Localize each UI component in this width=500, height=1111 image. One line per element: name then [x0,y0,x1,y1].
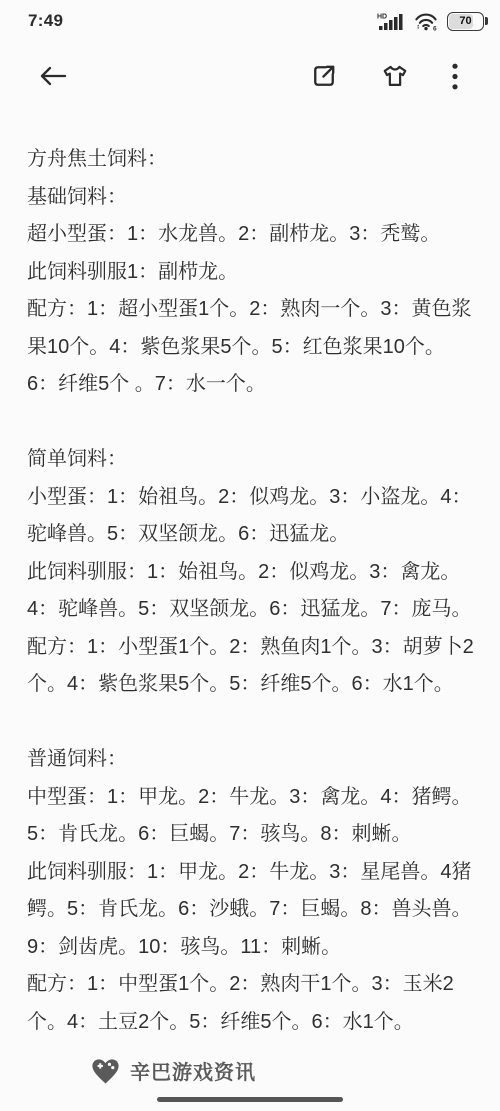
text-line: 配方：1：小型蛋1个。2：熟鱼肉1个。3：胡萝卜2 [27,629,473,667]
text-line: 简单饲料： [27,441,473,479]
menu-button[interactable] [452,63,458,90]
battery-percent: 70 [459,15,471,27]
text-line: 此饲料驯服1：副栉龙。 [27,254,473,292]
toolbar-actions [310,62,458,90]
wifi6-label: 6 [433,26,437,31]
battery-icon: 70 [447,12,488,31]
theme-button[interactable] [380,62,410,90]
text-line: 配方：1：中型蛋1个。2：熟肉干1个。3：玉米2 [27,966,473,1004]
share-icon [310,62,338,90]
text-line [27,404,473,442]
text-line: 5：肯氏龙。6：巨蝎。7：骇鸟。8：刺蜥。 [27,816,473,854]
text-line: 4：驼峰兽。5：双坚颌龙。6：迅猛龙。7：庞马。 [27,591,473,629]
status-bar: 7:49 HD [0,0,500,36]
text-line: 9：剑齿虎。10：骇鸟。11：刺蜥。 [27,929,473,967]
text-line: 此饲料驯服：1：甲龙。2：牛龙。3：星尾兽。4猪 [27,854,473,892]
clock: 7:49 [28,11,63,31]
share-button[interactable] [310,62,338,90]
text-line: 配方：1：超小型蛋1个。2：熟肉一个。3：黄色浆 [27,291,473,329]
wifi-icon: 6 [413,11,440,31]
watermark-text: 辛巴游戏资讯 [130,1056,256,1085]
home-indicator[interactable] [157,1097,343,1102]
text-line: 6：纤维5个 。7：水一个。 [27,366,473,404]
text-line: 鳄。5：肯氏龙。6：沙蛾。7：巨蝎。8：兽头兽。 [27,891,473,929]
text-line: 个。4：土豆2个。5：纤维5个。6：水1个。 [27,1004,473,1042]
text-line: 普通饲料： [27,741,473,779]
signal-hd-icon: HD [376,11,406,31]
battery-nub [485,17,488,25]
back-button[interactable] [35,62,69,90]
text-line: 中型蛋：1：甲龙。2：牛龙。3：禽龙。4：猪鳄。 [27,779,473,817]
status-icons: HD 6 [376,11,488,31]
text-line: 果10个。4：紫色浆果5个。5：红色浆果10个。 [27,329,473,367]
text-line: 基础饲料： [27,179,473,217]
hd-label: HD [377,14,387,21]
text-line: 小型蛋：1：始祖鸟。2：似鸡龙。3：小盗龙。4： [27,479,473,517]
text-line: 驼峰兽。5：双坚颌龙。6：迅猛龙。 [27,516,473,554]
text-line: 方舟焦土饲料： [27,141,473,179]
arrow-left-icon [35,62,69,90]
gamepad-heart-icon [90,1057,121,1085]
watermark: 辛巴游戏资讯 [90,1056,256,1085]
article-text: 方舟焦土饲料：基础饲料：超小型蛋：1：水龙兽。2：副栉龙。3：秃鹫。此饲料驯服1… [0,141,500,1041]
text-line: 个。4：紫色浆果5个。5：纤维5个。6：水1个。 [27,666,473,704]
text-line: 此饲料驯服：1：始祖鸟。2：似鸡龙。3：禽龙。 [27,554,473,592]
text-line [27,704,473,742]
toolbar [0,52,500,100]
kebab-menu-icon [452,63,458,90]
text-line: 超小型蛋：1：水龙兽。2：副栉龙。3：秃鹫。 [27,216,473,254]
t-shirt-icon [380,62,410,90]
screen: 7:49 HD [0,0,500,1111]
